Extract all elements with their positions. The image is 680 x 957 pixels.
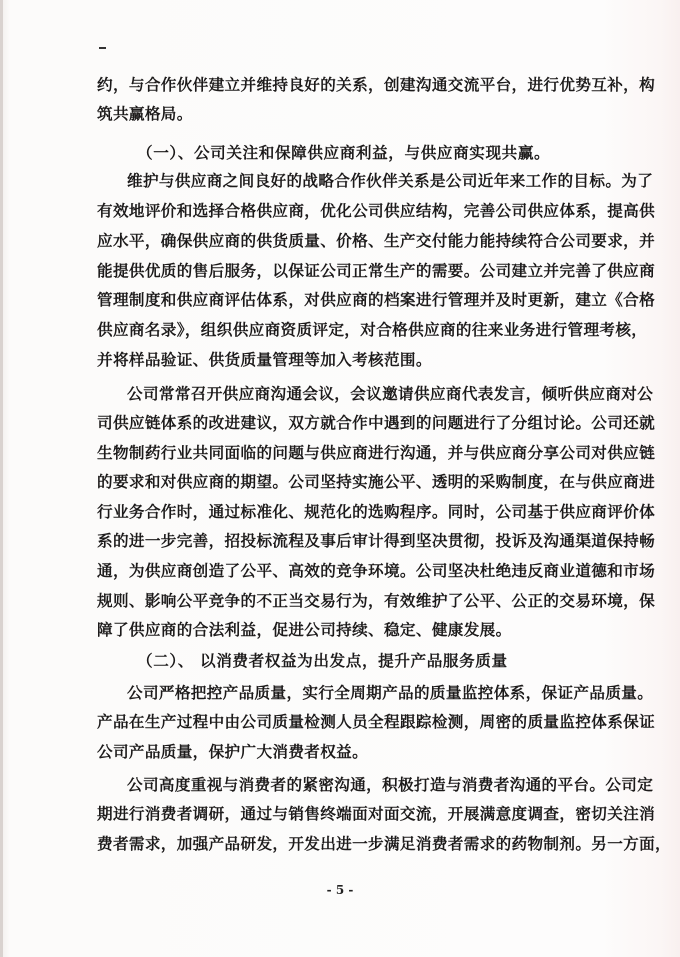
text-line: 供应商名录》，组织供应商资质评定，对合格供应商的往来业务进行管理考核， [97, 320, 549, 340]
text-line: 的要求和对供应商的期望。公司坚持实施公平、透明的采购制度，在与供应商进 [97, 472, 549, 492]
text-line: 公司产品质量，保护广大消费者权益。 [97, 742, 549, 762]
text-line: 生物制药行业共同面临的问题与供应商进行沟通，并与供应商分享公司对供应链 [97, 443, 549, 463]
text-line: 管理制度和供应商评估体系，对供应商的档案进行管理并及时更新，建立《合格 [97, 290, 549, 310]
page-number: - 5 - [320, 883, 360, 897]
text-line: 公司常常召开供应商沟通会议，会议邀请供应商代表发言，倾听供应商对公 [127, 384, 549, 404]
document-page: 约，与合作伙伴建立并维持良好的关系，创建沟通交流平台，进行优势互补，构 筑共赢格… [0, 0, 680, 957]
text-line: 系的进一步完善，招投标流程及事后审计得到坚决贯彻，投诉及沟通渠道保持畅 [97, 531, 549, 551]
text-line: 期进行消费者调研，通过与销售终端面对面交流，开展满意度调查，密切关注消 [97, 804, 549, 824]
section-heading-1: （一）、公司关注和保障供应商利益，与供应商实现共赢。 [137, 143, 589, 163]
text-line: 并将样品验证、供货质量管理等加入考核范围。 [97, 350, 549, 370]
text-line: 规则、影响公平竞争的不正当交易行为，有效维护了公平、公正的交易环境，保 [97, 591, 549, 611]
text-line: 产品在生产过程中由公司质量检测人员全程跟踪检测，周密的质量监控体系保证 [97, 712, 549, 732]
text-line: 有效地评价和选择合格供应商，优化公司供应结构，完善公司供应体系，提高供 [97, 201, 549, 221]
text-line: 障了供应商的合法利益，促进公司持续、稳定、健康发展。 [97, 620, 549, 640]
text-line: 费者需求，加强产品研发，开发出进一步满足消费者需求的药物制剂。另一方面， [97, 834, 549, 854]
text-line: 维护与供应商之间良好的战略合作伙伴关系是公司近年来工作的目标。为了 [127, 171, 549, 191]
text-line: 司供应链体系的改进建议，双方就合作中遇到的问题进行了分组讨论。公司还就 [97, 413, 549, 433]
text-line: 公司高度重视与消费者的紧密沟通，积极打造与消费者沟通的平台。公司定 [127, 775, 549, 795]
text-line: 能提供优质的售后服务，以保证公司正常生产的需要。公司建立并完善了供应商 [97, 261, 549, 281]
text-line: 约，与合作伙伴建立并维持良好的关系，创建沟通交流平台，进行优势互补，构 [97, 75, 549, 95]
section-heading-2: （二）、 以消费者权益为出发点，提升产品服务质量 [137, 651, 589, 671]
text-line: 应水平，确保供应商的供货质量、价格、生产交付能力能持续符合公司要求，并 [97, 231, 549, 251]
scan-edge [0, 0, 3, 957]
text-line: 公司严格把控产品质量，实行全周期产品的质量监控体系，保证产品质量。 [127, 683, 549, 703]
text-line: 筑共赢格局。 [97, 104, 549, 124]
text-line: 行业务合作时，通过标准化、规范化的选购程序。同时，公司基于供应商评价体 [97, 502, 549, 522]
text-line: 通，为供应商创造了公平、高效的竞争环境。公司坚决杜绝违反商业道德和市场 [97, 561, 549, 581]
top-mark [99, 47, 106, 49]
